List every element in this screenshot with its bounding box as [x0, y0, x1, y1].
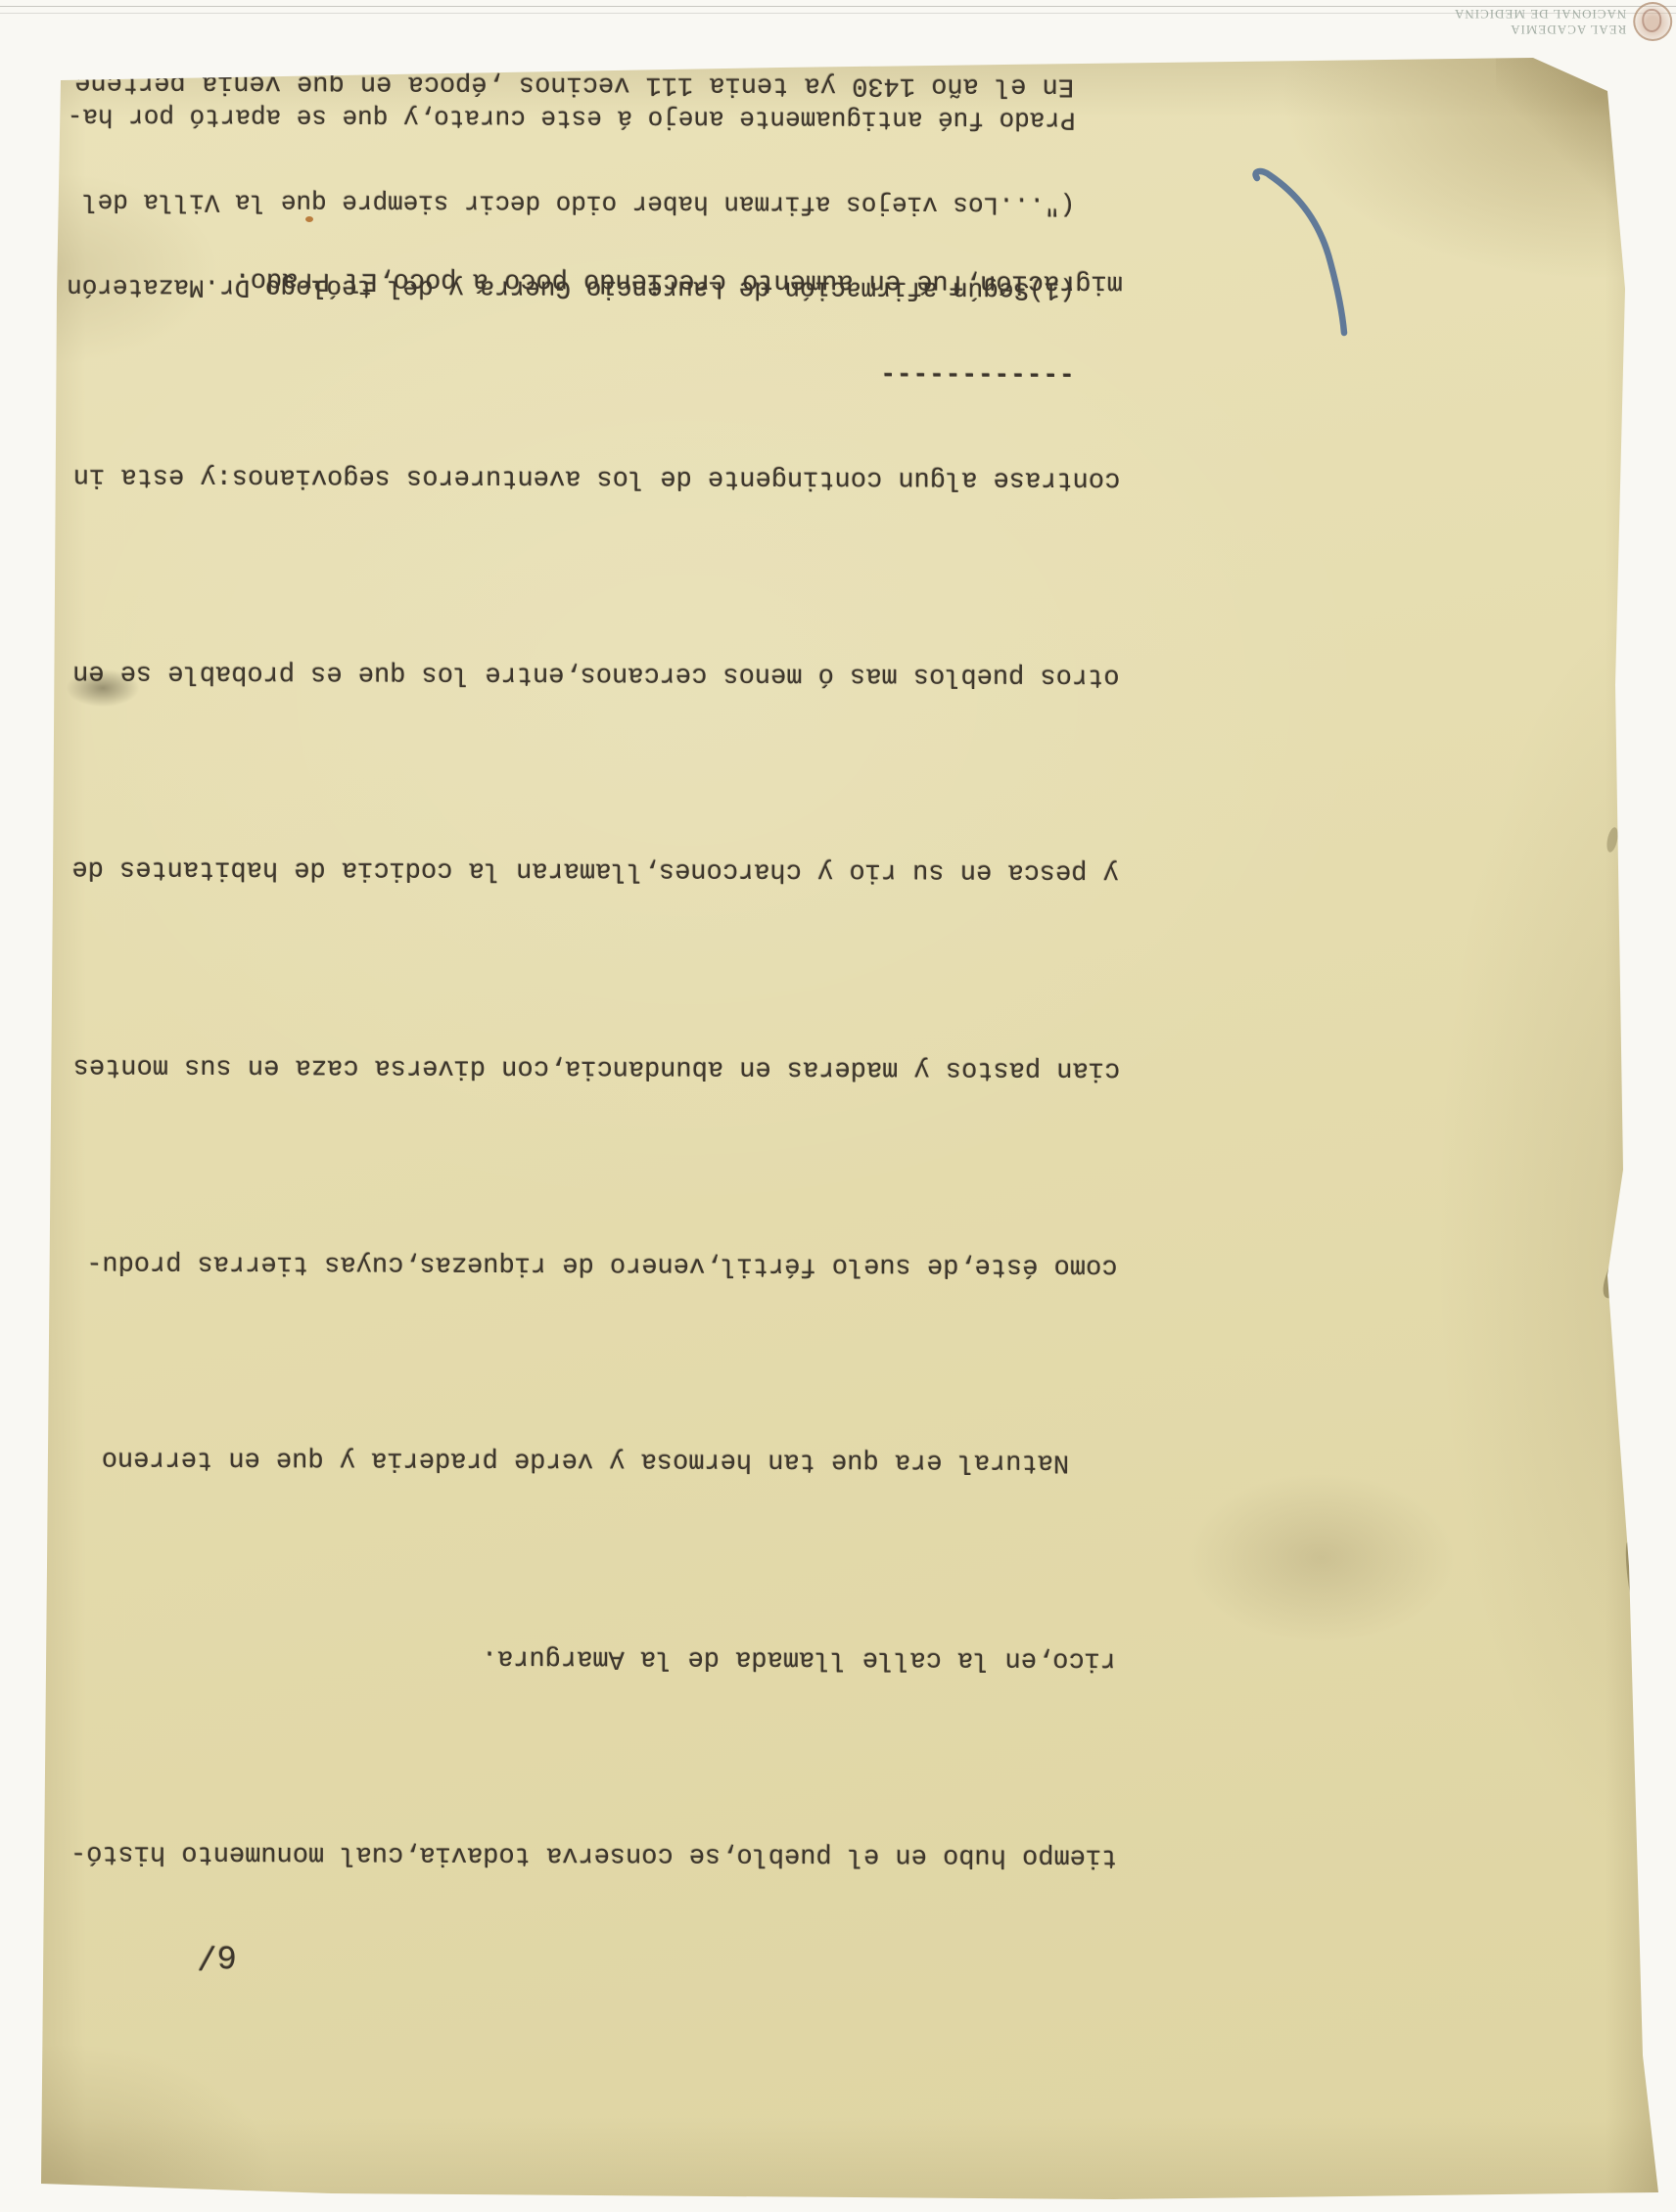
- typewritten-line: cian pastos y maderas en abundancia,con …: [43, 1033, 1120, 1102]
- library-watermark: REAL ACADEMIA NACIONAL DE MEDICINA: [1454, 2, 1672, 41]
- typewritten-line: tiempo hubo en el pueblo,se conserva tod…: [40, 1820, 1117, 1889]
- typewritten-line: rico,en la calle llamada de la Amargura.: [39, 1623, 1116, 1692]
- watermark-text: REAL ACADEMIA NACIONAL DE MEDICINA: [1454, 6, 1626, 37]
- watermark-line: REAL ACADEMIA: [1454, 22, 1626, 37]
- footnote-line: (1)Según afirmación de Laurencio Guerra …: [27, 272, 1075, 304]
- scanner-edge-line: [0, 6, 1676, 7]
- academy-seal-icon: [1633, 2, 1672, 41]
- typewritten-line: contrase algun contingente de los aventu…: [43, 442, 1120, 512]
- watermark-line: NACIONAL DE MEDICINA: [1454, 6, 1626, 22]
- scanner-edge-line: [0, 13, 1676, 14]
- footnote-line: ber crecido el pueblo,y por estar el rio…: [28, 17, 1076, 49]
- typewritten-line: Natural era que tan hermosa y verde prad…: [40, 1425, 1117, 1495]
- scanned-document-viewport: 6/ tiempo hubo en el pueblo,se conserva …: [0, 0, 1676, 2212]
- manuscript-paper-sheet: 6/ tiempo hubo en el pueblo,se conserva …: [37, 54, 1662, 2202]
- footnote-separator: ------------: [27, 357, 1075, 390]
- typewritten-line: como éste,de suelo fértil,venero de riqu…: [40, 1229, 1117, 1299]
- typewritten-line: y pesca en su rio y charcones,llamaran l…: [42, 835, 1119, 904]
- upside-down-page-content: 6/ tiempo hubo en el pueblo,se conserva …: [33, 51, 1666, 2205]
- footnote-line: ("...Los viejos afirman haber oido decir…: [27, 187, 1075, 219]
- typewritten-line: otros pueblos mas ó menos cercanos,entre…: [43, 639, 1120, 709]
- footnote-block: ------------ (1)Según afirmación de Laur…: [26, 0, 1076, 446]
- footnote-line: Prado fué antiguamente anejo á este cura…: [28, 102, 1076, 134]
